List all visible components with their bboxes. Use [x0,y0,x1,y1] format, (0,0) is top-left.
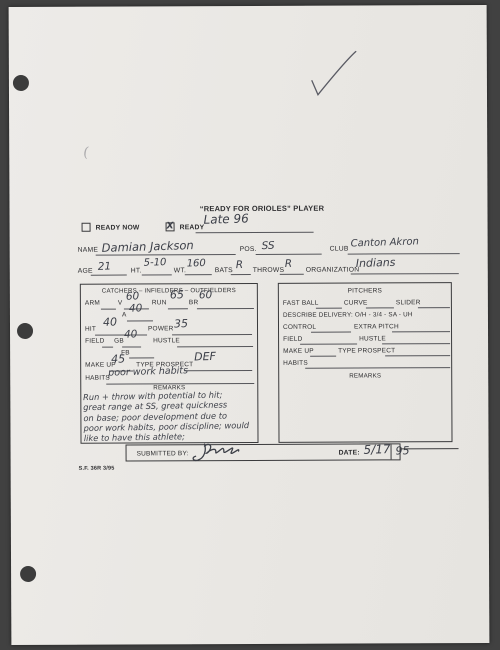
field-gb-underline [122,346,141,347]
throws-underline [280,274,304,275]
extra-pitch-underline [392,331,450,332]
club-label: CLUB [330,246,349,253]
curve-underline [366,307,394,308]
pitcher-field-label: FIELD [283,336,302,343]
form-code: S.F. 36R 3/95 [79,466,115,472]
pitcher-habits-underline [305,367,450,369]
ready-label: READY [180,224,205,231]
club-underline [348,253,460,254]
describe-delivery-label: DESCRIBE DELIVERY: O/H - 3/4 - SA - UH [283,311,413,319]
pos-value-handwriting: SS [261,240,274,252]
run-value-handwriting: 65 [170,288,184,301]
hit-value-handwriting: 40 [103,315,117,328]
hit-underline [95,334,147,335]
organization-underline [351,273,459,274]
age-underline [91,275,127,276]
ready-checkbox: X [166,222,175,231]
pitcher-habits-label: HABITS [283,360,308,367]
weight-underline [185,274,212,275]
fast-ball-underline [316,308,342,309]
field-label: FIELD [85,338,104,345]
weight-value-handwriting: 160 [187,258,206,270]
pitcher-field-underline [300,344,357,345]
submitted-by-label: SUBMITTED BY: [137,450,189,457]
slider-underline [418,307,450,308]
type-prospect-underline [184,370,252,371]
height-value-handwriting: 5-10 [144,257,167,269]
date-year-handwriting: 95 [395,444,409,457]
habits-label: HABITS [85,375,110,382]
pitcher-remarks-label: REMARKS [279,372,451,380]
punch-hole-bottom [20,566,36,582]
pitcher-type-prospect-underline [385,355,450,356]
name-value-handwriting: Damian Jackson [101,238,193,255]
bats-value-handwriting: R [236,259,244,271]
makeup-value-handwriting: 45 [111,352,125,365]
pitchers-ratings-box: PITCHERS FAST BALL CURVE SLIDER DESCRIBE… [278,282,453,443]
organization-value-handwriting: Indians [356,256,396,270]
arm-a-label: A [122,312,127,319]
submitted-date-bar: SUBMITTED BY: DATE: 5/17 95 [126,443,401,461]
scan-background: { "colors": { "scan_background": "#41414… [0,0,500,650]
hustle-label: HUSTLE [153,337,180,344]
field-gb-value-handwriting: 40 [124,328,138,340]
punch-hole-top [13,75,29,91]
pitcher-hustle-label: HUSTLE [359,335,386,342]
scan-smudge: ( [82,144,90,161]
fast-ball-label: FAST BALL [283,300,319,307]
bats-underline [231,274,251,275]
hit-label: HIT [85,326,96,333]
date-label: DATE: [339,450,360,457]
hustle-underline [177,346,253,347]
ready-checkbox-x-mark: X [166,221,173,231]
pitchers-header: PITCHERS [279,287,451,295]
height-underline [142,274,172,275]
height-label: HT. [131,267,142,274]
pitcher-makeup-label: MAKE UP [283,348,314,355]
pitcher-hustle-underline [382,343,450,344]
pitcher-makeup-underline [310,356,336,357]
arm-underline [101,309,116,310]
curve-label: CURVE [344,299,368,306]
control-label: CONTROL [283,324,316,331]
type-prospect-value-handwriting: DEF [194,350,216,364]
field-underline [102,347,113,348]
habits-value-handwriting: poor work habits [108,365,188,378]
name-label: NAME [78,247,98,254]
br-value-handwriting: 60 [199,289,213,301]
power-label: POWER [148,325,174,332]
gb-label: GB [114,338,124,345]
ready-value-handwriting: Late 96 [203,211,249,226]
br-label: BR [189,299,198,306]
throws-value-handwriting: R [285,258,293,270]
pitcher-type-prospect-label: TYPE PROSPECT [338,347,395,354]
fb-underline [129,357,154,358]
arm-v-value-handwriting: 60 [126,290,140,302]
ready-underline [196,232,314,234]
scout-signature [188,438,260,464]
pos-underline [256,254,322,255]
arm-a-underline [127,320,153,321]
run-label: RUN [152,299,167,306]
age-value-handwriting: 21 [98,260,112,272]
arm-label: ARM [85,300,100,307]
br-underline [197,308,254,309]
power-underline [172,334,252,335]
age-label: AGE [78,268,93,275]
ready-now-checkbox [82,223,91,232]
remarks-handwriting: Run + throw with potential to hit; great… [83,388,284,443]
bar-tail-rule [401,448,459,449]
pos-label: POS. [240,246,257,253]
scanned-form-page: ( “READY FOR ORIOLES” PLAYER READY NOW X… [9,5,490,645]
date-month-day-handwriting: 5/17 [363,442,390,457]
extra-pitch-label: EXTRA PITCH [354,323,399,330]
position-players-ratings-box: CATCHERS – INFIELDERS – OUTFIELDERS ARM … [80,283,259,444]
handwritten-checkmark-icon [302,51,362,103]
slider-label: SLIDER [396,299,421,306]
arm-v-label: V [118,300,123,307]
punch-hole-middle [17,323,33,339]
date-cell-divider [391,444,392,459]
ready-now-label: READY NOW [96,224,140,231]
run-underline [168,308,188,309]
club-value-handwriting: Canton Akron [350,236,419,249]
arm-a-value-handwriting: 40 [129,302,143,314]
control-underline [311,332,351,333]
weight-label: WT. [174,267,186,274]
power-value-handwriting: 35 [174,317,188,330]
